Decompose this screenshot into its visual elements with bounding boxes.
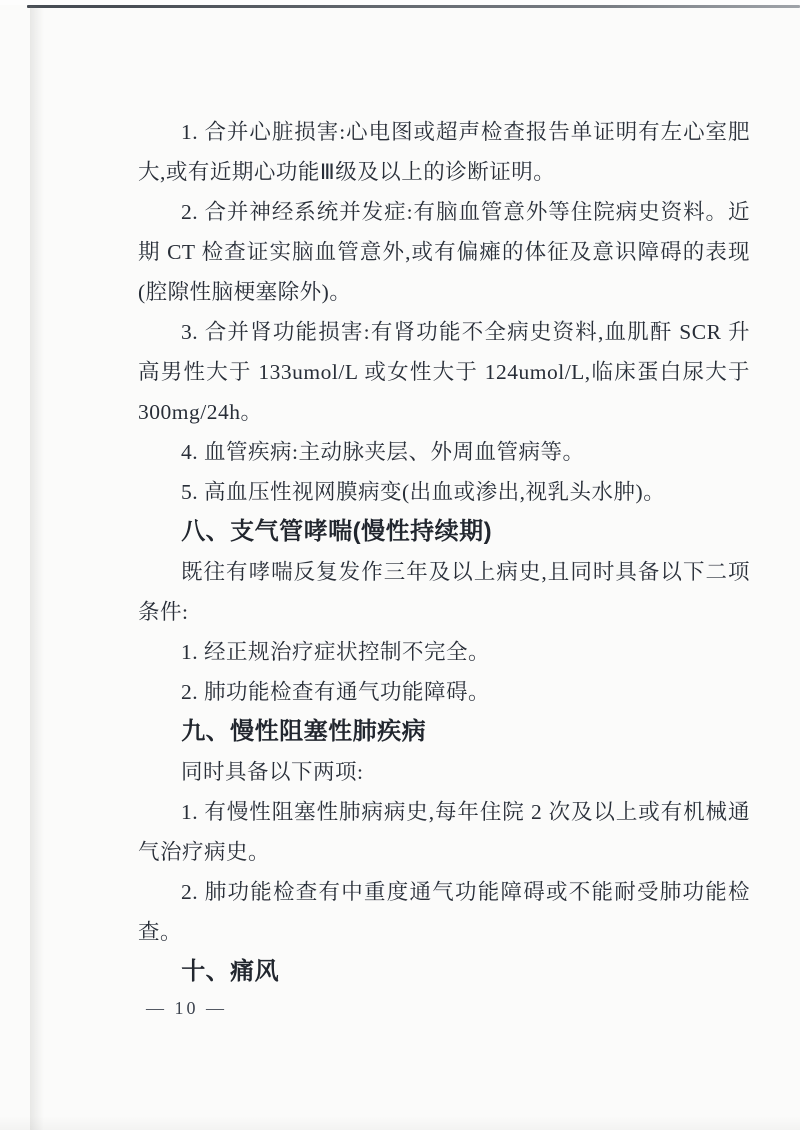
paragraph-asthma-condition-2: 2. 肺功能检查有通气功能障碍。 [138,672,750,712]
document-body: 1. 合并心脏损害:心电图或超声检查报告单证明有左心室肥大,或有近期心功能Ⅲ级及… [138,112,750,992]
paragraph-asthma-condition-1: 1. 经正规治疗症状控制不完全。 [138,632,750,672]
scanned-document-page: 1. 合并心脏损害:心电图或超声检查报告单证明有左心室肥大,或有近期心功能Ⅲ级及… [0,0,800,1130]
paragraph-copd-condition-2: 2. 肺功能检查有中重度通气功能障碍或不能耐受肺功能检查。 [138,872,750,952]
scan-top-edge-line [27,5,800,8]
paragraph-copd-condition-1: 1. 有慢性阻塞性肺病病史,每年住院 2 次及以上或有机械通气治疗病史。 [138,792,750,872]
scan-left-edge-shadow [30,6,44,1130]
section-heading-asthma: 八、支气管哮喘(慢性持续期) [138,512,750,552]
paragraph-retinopathy: 5. 高血压性视网膜病变(出血或渗出,视乳头水肿)。 [138,472,750,512]
scan-bottom-edge-shadow [0,1116,800,1130]
section-heading-gout: 十、痛风 [138,952,750,992]
page-number: — 10 — [146,996,227,1020]
paragraph-copd-intro: 同时具备以下两项: [138,752,750,792]
paragraph-asthma-history: 既往有哮喘反复发作三年及以上病史,且同时具备以下二项条件: [138,552,750,632]
paragraph-heart-damage: 1. 合并心脏损害:心电图或超声检查报告单证明有左心室肥大,或有近期心功能Ⅲ级及… [138,112,750,192]
paragraph-kidney-damage: 3. 合并肾功能损害:有肾功能不全病史资料,血肌酐 SCR 升高男性大于 133… [138,312,750,432]
paragraph-nervous-system: 2. 合并神经系统并发症:有脑血管意外等住院病史资料。近期 CT 检查证实脑血管… [138,192,750,312]
paragraph-vascular-disease: 4. 血管疾病:主动脉夹层、外周血管病等。 [138,432,750,472]
section-heading-copd: 九、慢性阻塞性肺疾病 [138,712,750,752]
